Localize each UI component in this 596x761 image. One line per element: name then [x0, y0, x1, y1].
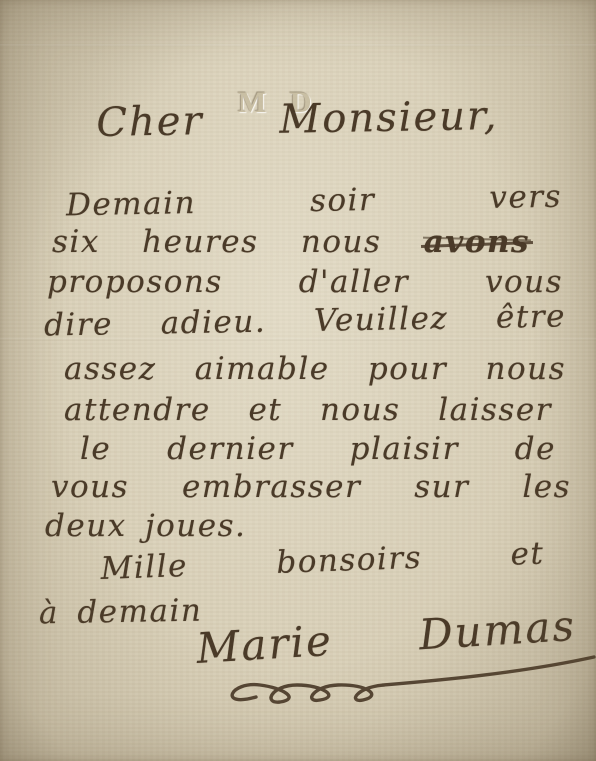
letter-line: deux joues.: [45, 508, 246, 544]
letter-paper: M D Cher Monsieur, Demain soir vers six …: [0, 0, 596, 761]
salutation: Cher Monsieur,: [96, 93, 499, 146]
letter-line: à demain: [39, 593, 203, 632]
letter-line: dire adieu. Veuillez être: [44, 298, 567, 343]
paper-crease: [0, 44, 596, 47]
crossed-out-word: avons: [424, 224, 530, 260]
letter-line: Demain soir vers: [66, 179, 563, 224]
letter-line: attendre et nous laisser: [64, 392, 552, 428]
letter-line: le dernier plaisir de: [80, 431, 556, 467]
letter-line: six heures nous avons: [52, 224, 530, 260]
letter-line: proposons d'aller vous: [47, 264, 563, 300]
letter-line: assez aimable pour nous: [64, 351, 566, 387]
letter-line-text: six heures nous: [52, 224, 381, 260]
signature-flourish: [226, 655, 596, 710]
letter-line: vous embrasser sur les: [51, 469, 571, 505]
